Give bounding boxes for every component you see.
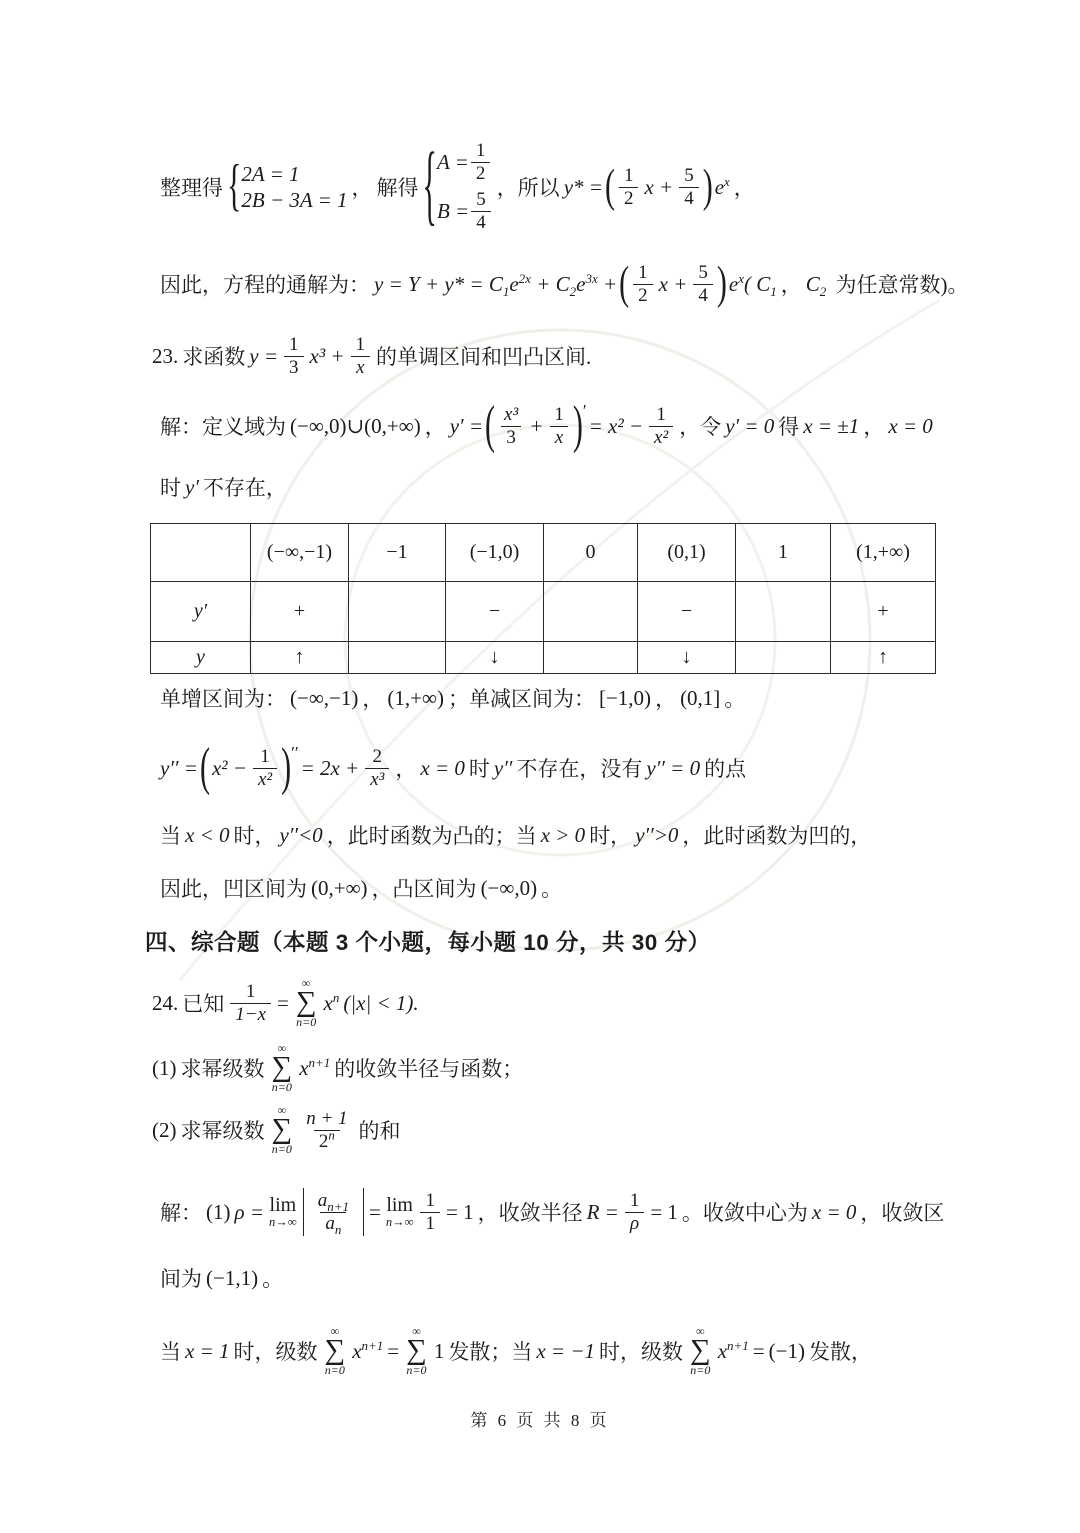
math: ρ = xyxy=(235,1200,265,1225)
math: (−∞,−1) xyxy=(290,686,358,711)
subscript: 1 xyxy=(770,284,777,299)
numerator: 1 xyxy=(241,981,261,1003)
exponent: n+1 xyxy=(362,1338,384,1353)
math: (0,+∞) xyxy=(311,876,368,901)
left-brace-icon: { xyxy=(423,142,437,232)
text: 发散；当 xyxy=(448,1336,532,1366)
text: 求幂级数 xyxy=(181,1053,265,1083)
math: (−∞,0)∪(0,+∞) xyxy=(290,414,421,439)
sign-cell: − xyxy=(638,582,736,642)
equation: A =12 xyxy=(437,138,492,187)
denominator: x xyxy=(351,356,369,379)
fraction: 12 xyxy=(471,140,491,185)
text: 当 xyxy=(160,820,181,850)
summation: ∞∑n=0 xyxy=(690,1325,711,1378)
sign-cell: + xyxy=(251,582,349,642)
math: A = xyxy=(437,150,469,175)
math: = xyxy=(369,1200,381,1225)
text: 时 xyxy=(469,753,490,783)
denominator: 1 xyxy=(420,1212,440,1235)
denominator: 2 xyxy=(619,187,639,210)
line-part-2: (2) 求幂级数 ∞∑n=0 n + 12n 的和 xyxy=(150,1098,403,1162)
header-cell: (0,1) xyxy=(638,524,736,582)
denominator: 1−x xyxy=(230,1003,271,1026)
fraction: 1x² xyxy=(253,746,277,791)
base: 2 xyxy=(319,1131,329,1152)
base: e xyxy=(509,272,518,296)
sum-lower-limit: n=0 xyxy=(272,1143,292,1156)
math: C2 xyxy=(806,272,827,297)
sign-cell xyxy=(736,582,831,642)
prime-mark: ′′ xyxy=(291,743,298,763)
base: x xyxy=(299,1056,308,1080)
fraction: 54 xyxy=(471,189,491,234)
base: x xyxy=(352,1339,361,1363)
header-cell: −1 xyxy=(349,524,446,582)
numerator: 1 xyxy=(420,1190,440,1212)
line-problem-24: 24. 已知 11−x = ∞∑n=0 xn (|x| < 1). xyxy=(150,968,421,1038)
problem-number: 23. xyxy=(152,344,178,369)
fraction: 13 xyxy=(284,334,304,379)
text: 发散， xyxy=(809,1336,872,1366)
header-cell: (−∞,−1) xyxy=(251,524,349,582)
section-heading: 四、综合题（本题 3 个小题，每小题 10 分，共 30 分） xyxy=(145,925,711,957)
line-endpoint-divergence: 当 x = 1 时，级数 ∞∑n=0 xn+1 = ∞∑n=0 1 发散；当 x… xyxy=(158,1318,874,1384)
table-row-y: y ↑ ↓ ↓ ↑ xyxy=(151,642,936,674)
sigma-icon: ∑ xyxy=(296,989,317,1017)
denominator: 4 xyxy=(693,284,713,307)
math: x = −1 xyxy=(536,1339,595,1364)
absolute-value: an+1an xyxy=(303,1188,364,1237)
sum-lower-limit: n=0 xyxy=(406,1364,426,1377)
sum-lower-limit: n=0 xyxy=(690,1364,710,1377)
sign-cell xyxy=(544,582,638,642)
left-paren-icon: ( xyxy=(605,164,615,211)
math: y′′ xyxy=(494,756,513,781)
numerator: 1 xyxy=(284,334,304,356)
summation: ∞∑n=0 xyxy=(272,1104,293,1157)
text: 时，级数 xyxy=(234,1336,318,1366)
math: (−∞,0) xyxy=(481,876,538,901)
base: e xyxy=(715,175,724,199)
text: ， xyxy=(425,411,446,441)
math: y′ xyxy=(185,475,199,500)
sigma-icon: ∑ xyxy=(406,1337,427,1365)
text: ，收敛半径 xyxy=(478,1197,583,1227)
text: 整理得 xyxy=(160,172,223,202)
table-row-y-prime: y′ + − − + xyxy=(151,582,936,642)
numerator: 1 xyxy=(625,1190,645,1212)
equation: 2A = 1 xyxy=(241,161,299,187)
math: x = 0 xyxy=(812,1200,857,1225)
math-run: ( C xyxy=(744,272,770,296)
numerator: 5 xyxy=(693,262,713,284)
text: 。 xyxy=(541,873,562,903)
table-header-row: (−∞,−1) −1 (−1,0) 0 (0,1) 1 (1,+∞) xyxy=(151,524,936,582)
math: ex xyxy=(715,175,730,200)
denominator: 4 xyxy=(679,187,699,210)
math: 1 xyxy=(434,1339,445,1364)
numerator: 1 xyxy=(633,262,653,284)
math-run: C xyxy=(806,272,820,296)
denominator: x xyxy=(550,426,568,449)
header-cell: (1,+∞) xyxy=(831,524,936,582)
math: x² − xyxy=(212,756,247,781)
math: x³ + xyxy=(310,344,345,369)
text: 间为 xyxy=(160,1263,202,1293)
text: ；单减区间为： xyxy=(448,683,595,713)
math: xn xyxy=(324,991,340,1016)
right-paren-icon: ) xyxy=(703,164,713,211)
math: (−1) xyxy=(769,1339,805,1364)
text: 求幂级数 xyxy=(181,1115,265,1145)
math: xn+1 xyxy=(352,1339,383,1364)
math: y′ = xyxy=(450,414,483,439)
denominator: x² xyxy=(253,768,277,791)
header-cell xyxy=(151,524,251,582)
trend-cell: ↑ xyxy=(831,642,936,674)
numerator: 1 xyxy=(255,746,275,768)
problem-number: 24. xyxy=(152,991,178,1016)
sigma-icon: ∑ xyxy=(325,1337,346,1365)
left-paren-icon: ( xyxy=(485,400,495,453)
math: + xyxy=(529,414,543,439)
equation-system-1: { 2A = 1 2B − 3A = 1 xyxy=(227,161,348,213)
numerator: 1 xyxy=(619,165,639,187)
numerator: 1 xyxy=(549,404,569,426)
trend-cell: ↑ xyxy=(251,642,349,674)
fraction: 54 xyxy=(679,165,699,210)
text: ，凸区间为 xyxy=(372,873,477,903)
fraction: 1x xyxy=(351,334,371,379)
math: (−1,1) xyxy=(206,1266,258,1291)
text: ， xyxy=(863,411,884,441)
math-run: + C xyxy=(531,272,570,296)
math-run: + xyxy=(598,272,617,296)
fraction: x³3 xyxy=(499,404,523,449)
denominator: 2 xyxy=(471,162,491,185)
line-domain-derivative: 解：定义域为 (−∞,0)∪(0,+∞) ， y′ = ( x³3 + 1x )… xyxy=(158,393,935,459)
math: y′′>0 xyxy=(635,823,678,848)
exponent: n xyxy=(333,990,340,1005)
fraction: 2x³ xyxy=(365,746,389,791)
trend-cell: ↓ xyxy=(638,642,736,674)
numerator: 5 xyxy=(679,165,699,187)
math: x < 0 xyxy=(185,823,230,848)
sign-cell: + xyxy=(831,582,936,642)
text: 时，级数 xyxy=(599,1336,683,1366)
text: 解： xyxy=(160,1197,202,1227)
math: (0,1] xyxy=(680,686,720,711)
text: 的单调区间和凹凸区间. xyxy=(376,341,591,371)
math: y′′<0 xyxy=(280,823,323,848)
math: x = 0 xyxy=(420,756,465,781)
sigma-icon: ∑ xyxy=(272,1054,293,1082)
fraction: an+1an xyxy=(313,1190,354,1235)
trend-cell: ↓ xyxy=(446,642,544,674)
right-paren-icon: ) xyxy=(281,742,291,795)
lim-subscript: n→∞ xyxy=(269,1215,297,1230)
denominator: ρ xyxy=(625,1212,644,1235)
lim-label: lim xyxy=(386,1195,413,1215)
denominator: 2 xyxy=(633,284,653,307)
numerator: 1 xyxy=(651,404,671,426)
page-footer: 第 6 页 共 8 页 xyxy=(0,1406,1080,1431)
text: 解得 xyxy=(377,172,419,202)
text: 。收敛中心为 xyxy=(682,1197,808,1227)
subscript: n xyxy=(335,1221,342,1236)
text: 时， xyxy=(589,820,631,850)
numerator: n + 1 xyxy=(301,1108,352,1130)
text: 因此，方程的通解为： xyxy=(160,269,370,299)
math: = x² − xyxy=(589,414,643,439)
sign-cell xyxy=(349,582,446,642)
summation: ∞∑n=0 xyxy=(325,1325,346,1378)
text: ， xyxy=(352,172,373,202)
base: a xyxy=(318,1190,328,1211)
text: ， xyxy=(395,753,416,783)
math: R = xyxy=(587,1200,619,1225)
header-cell: (−1,0) xyxy=(446,524,544,582)
text: ，所以 xyxy=(497,172,560,202)
numerator: 2 xyxy=(368,746,388,768)
denominator: 2n xyxy=(314,1130,340,1153)
sign-cell: − xyxy=(446,582,544,642)
sigma-icon: ∑ xyxy=(690,1337,711,1365)
math: x + xyxy=(659,272,688,297)
math: B = xyxy=(437,199,469,224)
denominator: an xyxy=(320,1212,346,1235)
part-number: (2) xyxy=(152,1118,177,1143)
fraction: 1x xyxy=(549,404,569,449)
text: ， xyxy=(655,683,676,713)
denominator: 4 xyxy=(471,211,491,234)
exponent: 2x xyxy=(519,271,531,286)
math: [−1,0) xyxy=(599,686,651,711)
text: 单增区间为： xyxy=(160,683,286,713)
math: = 1 xyxy=(650,1200,678,1225)
equation: B =54 xyxy=(437,187,493,236)
text: 求函数 xyxy=(182,341,245,371)
math: = 2x + xyxy=(301,756,360,781)
text: 。 xyxy=(724,683,745,713)
sum-lower-limit: n=0 xyxy=(296,1016,316,1029)
text: 不存在， xyxy=(203,472,287,502)
sum-lower-limit: n=0 xyxy=(325,1364,345,1377)
system-rows: 2A = 1 2B − 3A = 1 xyxy=(241,161,347,213)
numerator: 5 xyxy=(471,189,491,211)
line-convergence-interval: 间为 (−1,1) 。 xyxy=(158,1258,285,1298)
text: 时 xyxy=(160,472,181,502)
math: y* = xyxy=(564,175,603,200)
fraction: 12 xyxy=(619,165,639,210)
text: ， xyxy=(362,683,383,713)
line-convergence-radius: 解： (1) ρ = limn→∞ an+1an = limn→∞ 11 = 1… xyxy=(158,1178,946,1246)
summation: ∞∑n=0 xyxy=(406,1325,427,1378)
fraction: 11 xyxy=(420,1190,440,1235)
trend-cell xyxy=(544,642,638,674)
line-monotone-intervals: 单增区间为： (−∞,−1) ， (1,+∞) ；单减区间为： [−1,0) ，… xyxy=(158,683,747,713)
math: (1,+∞) xyxy=(387,686,444,711)
math: = xyxy=(277,991,289,1016)
text: 解：定义域为 xyxy=(160,411,286,441)
math: y′′ = 0 xyxy=(646,756,700,781)
denominator: 3 xyxy=(501,426,521,449)
math: (|x| < 1). xyxy=(343,991,418,1016)
summation: ∞∑n=0 xyxy=(296,977,317,1030)
numerator: x³ xyxy=(499,404,523,426)
math: = xyxy=(387,1339,399,1364)
math: = xyxy=(753,1339,765,1364)
fraction: 1x² xyxy=(649,404,673,449)
right-paren-icon: ) xyxy=(573,400,583,453)
row-label: y xyxy=(151,642,251,674)
text: 。 xyxy=(262,1263,283,1293)
math: xn+1 xyxy=(299,1056,330,1081)
base: x xyxy=(324,991,333,1015)
text: 因此，凹区间为 xyxy=(160,873,307,903)
left-paren-icon: ( xyxy=(200,742,210,795)
fraction: 12 xyxy=(633,262,653,307)
text: 为任意常数)。 xyxy=(830,269,968,299)
math: xn+1 xyxy=(718,1339,749,1364)
line-concavity-intervals: 因此，凹区间为 (0,+∞) ，凸区间为 (−∞,0) 。 xyxy=(158,868,564,908)
exponent: 3x xyxy=(585,271,597,286)
math: y = xyxy=(249,344,278,369)
left-brace-icon: { xyxy=(227,159,241,216)
denominator: 3 xyxy=(284,356,304,379)
text: ，收敛区 xyxy=(860,1197,944,1227)
right-paren-icon: ) xyxy=(717,261,727,308)
line-derivative-undefined: 时 y′ 不存在， xyxy=(158,473,289,501)
text: 得 xyxy=(778,411,799,441)
exponent: n+1 xyxy=(727,1338,749,1353)
math: x = ±1 xyxy=(803,414,859,439)
math: x = 0 xyxy=(888,414,933,439)
fraction: 1ρ xyxy=(625,1190,645,1235)
left-paren-icon: ( xyxy=(619,261,629,308)
line-problem-23: 23. 求函数 y = 13 x³ + 1x 的单调区间和凹凸区间. xyxy=(150,330,593,382)
content: 整理得 { 2A = 1 2B − 3A = 1 ， 解得 { A =12 B … xyxy=(0,0,1080,1533)
math: y = Y + y* = C1e2x + C2e3x + xyxy=(374,272,617,297)
denominator: x³ xyxy=(365,768,389,791)
text: 当 xyxy=(160,1336,181,1366)
system-rows: A =12 B =54 xyxy=(437,138,493,235)
limit-operator: limn→∞ xyxy=(269,1195,297,1230)
monotonicity-table: (−∞,−1) −1 (−1,0) 0 (0,1) 1 (1,+∞) y′ + … xyxy=(150,523,936,674)
trend-cell xyxy=(736,642,831,674)
text: 的收敛半径与函数； xyxy=(334,1053,523,1083)
math: y′′ = xyxy=(160,756,198,781)
numerator: 1 xyxy=(471,140,491,162)
trend-cell xyxy=(349,642,446,674)
text: ，此时函数为凹的， xyxy=(682,820,871,850)
equation: 2B − 3A = 1 xyxy=(241,187,347,213)
text: 不存在，没有 xyxy=(516,753,642,783)
line-convex-concave: 当 x < 0 时， y′′<0 ，此时函数为凸的；当 x > 0 时， y′′… xyxy=(158,820,873,850)
math-run: y = Y + y* = C xyxy=(374,272,503,296)
sum-lower-limit: n=0 xyxy=(272,1081,292,1094)
lim-subscript: n→∞ xyxy=(386,1215,414,1230)
base: a xyxy=(325,1213,335,1234)
text: ， xyxy=(781,269,802,299)
subscript: 2 xyxy=(820,284,827,299)
line-part-1: (1) 求幂级数 ∞∑n=0 xn+1 的收敛半径与函数； xyxy=(150,1038,525,1098)
exam-solution-page: 整理得 { 2A = 1 2B − 3A = 1 ， 解得 { A =12 B … xyxy=(0,0,1080,1533)
math: y′ = 0 xyxy=(725,414,774,439)
fraction: n + 12n xyxy=(301,1108,352,1153)
header-cell: 0 xyxy=(544,524,638,582)
line-simplify-and-solve: 整理得 { 2A = 1 2B − 3A = 1 ， 解得 { A =12 B … xyxy=(158,120,757,254)
exponent: n xyxy=(328,1127,335,1142)
text: 已知 xyxy=(182,988,224,1018)
exponent: x xyxy=(724,174,730,189)
base: e xyxy=(729,272,738,296)
exponent: n+1 xyxy=(309,1055,331,1070)
numerator: 1 xyxy=(351,334,371,356)
math: = 1 xyxy=(446,1200,474,1225)
summation: ∞∑n=0 xyxy=(272,1042,293,1095)
lim-label: lim xyxy=(270,1195,297,1215)
line-second-derivative: y′′ = ( x² − 1x² ) ′′ = 2x + 2x³ ， x = 0… xyxy=(158,735,748,801)
fraction: 54 xyxy=(693,262,713,307)
fraction: 11−x xyxy=(230,981,271,1026)
numerator: an+1 xyxy=(313,1190,354,1212)
prime-mark: ′ xyxy=(583,401,587,421)
row-label: y′ xyxy=(151,582,251,642)
sigma-icon: ∑ xyxy=(272,1116,293,1144)
part-number: (1) xyxy=(152,1056,177,1081)
header-cell: 1 xyxy=(736,524,831,582)
part-number: (1) xyxy=(206,1200,231,1225)
math: ex( C1 xyxy=(729,272,777,297)
math: x = 1 xyxy=(185,1339,230,1364)
text: ，此时函数为凸的；当 xyxy=(327,820,537,850)
text: 的和 xyxy=(359,1115,401,1145)
math: x > 0 xyxy=(541,823,586,848)
text: 时， xyxy=(234,820,276,850)
denominator: x² xyxy=(649,426,673,449)
text: ，令 xyxy=(679,411,721,441)
text: ， xyxy=(734,172,755,202)
limit-operator: limn→∞ xyxy=(386,1195,414,1230)
equation-system-2: { A =12 B =54 xyxy=(423,138,493,235)
base: x xyxy=(718,1339,727,1363)
text: 的点 xyxy=(704,753,746,783)
math: x + xyxy=(644,175,673,200)
line-general-solution: 因此，方程的通解为： y = Y + y* = C1e2x + C2e3x + … xyxy=(158,253,971,315)
